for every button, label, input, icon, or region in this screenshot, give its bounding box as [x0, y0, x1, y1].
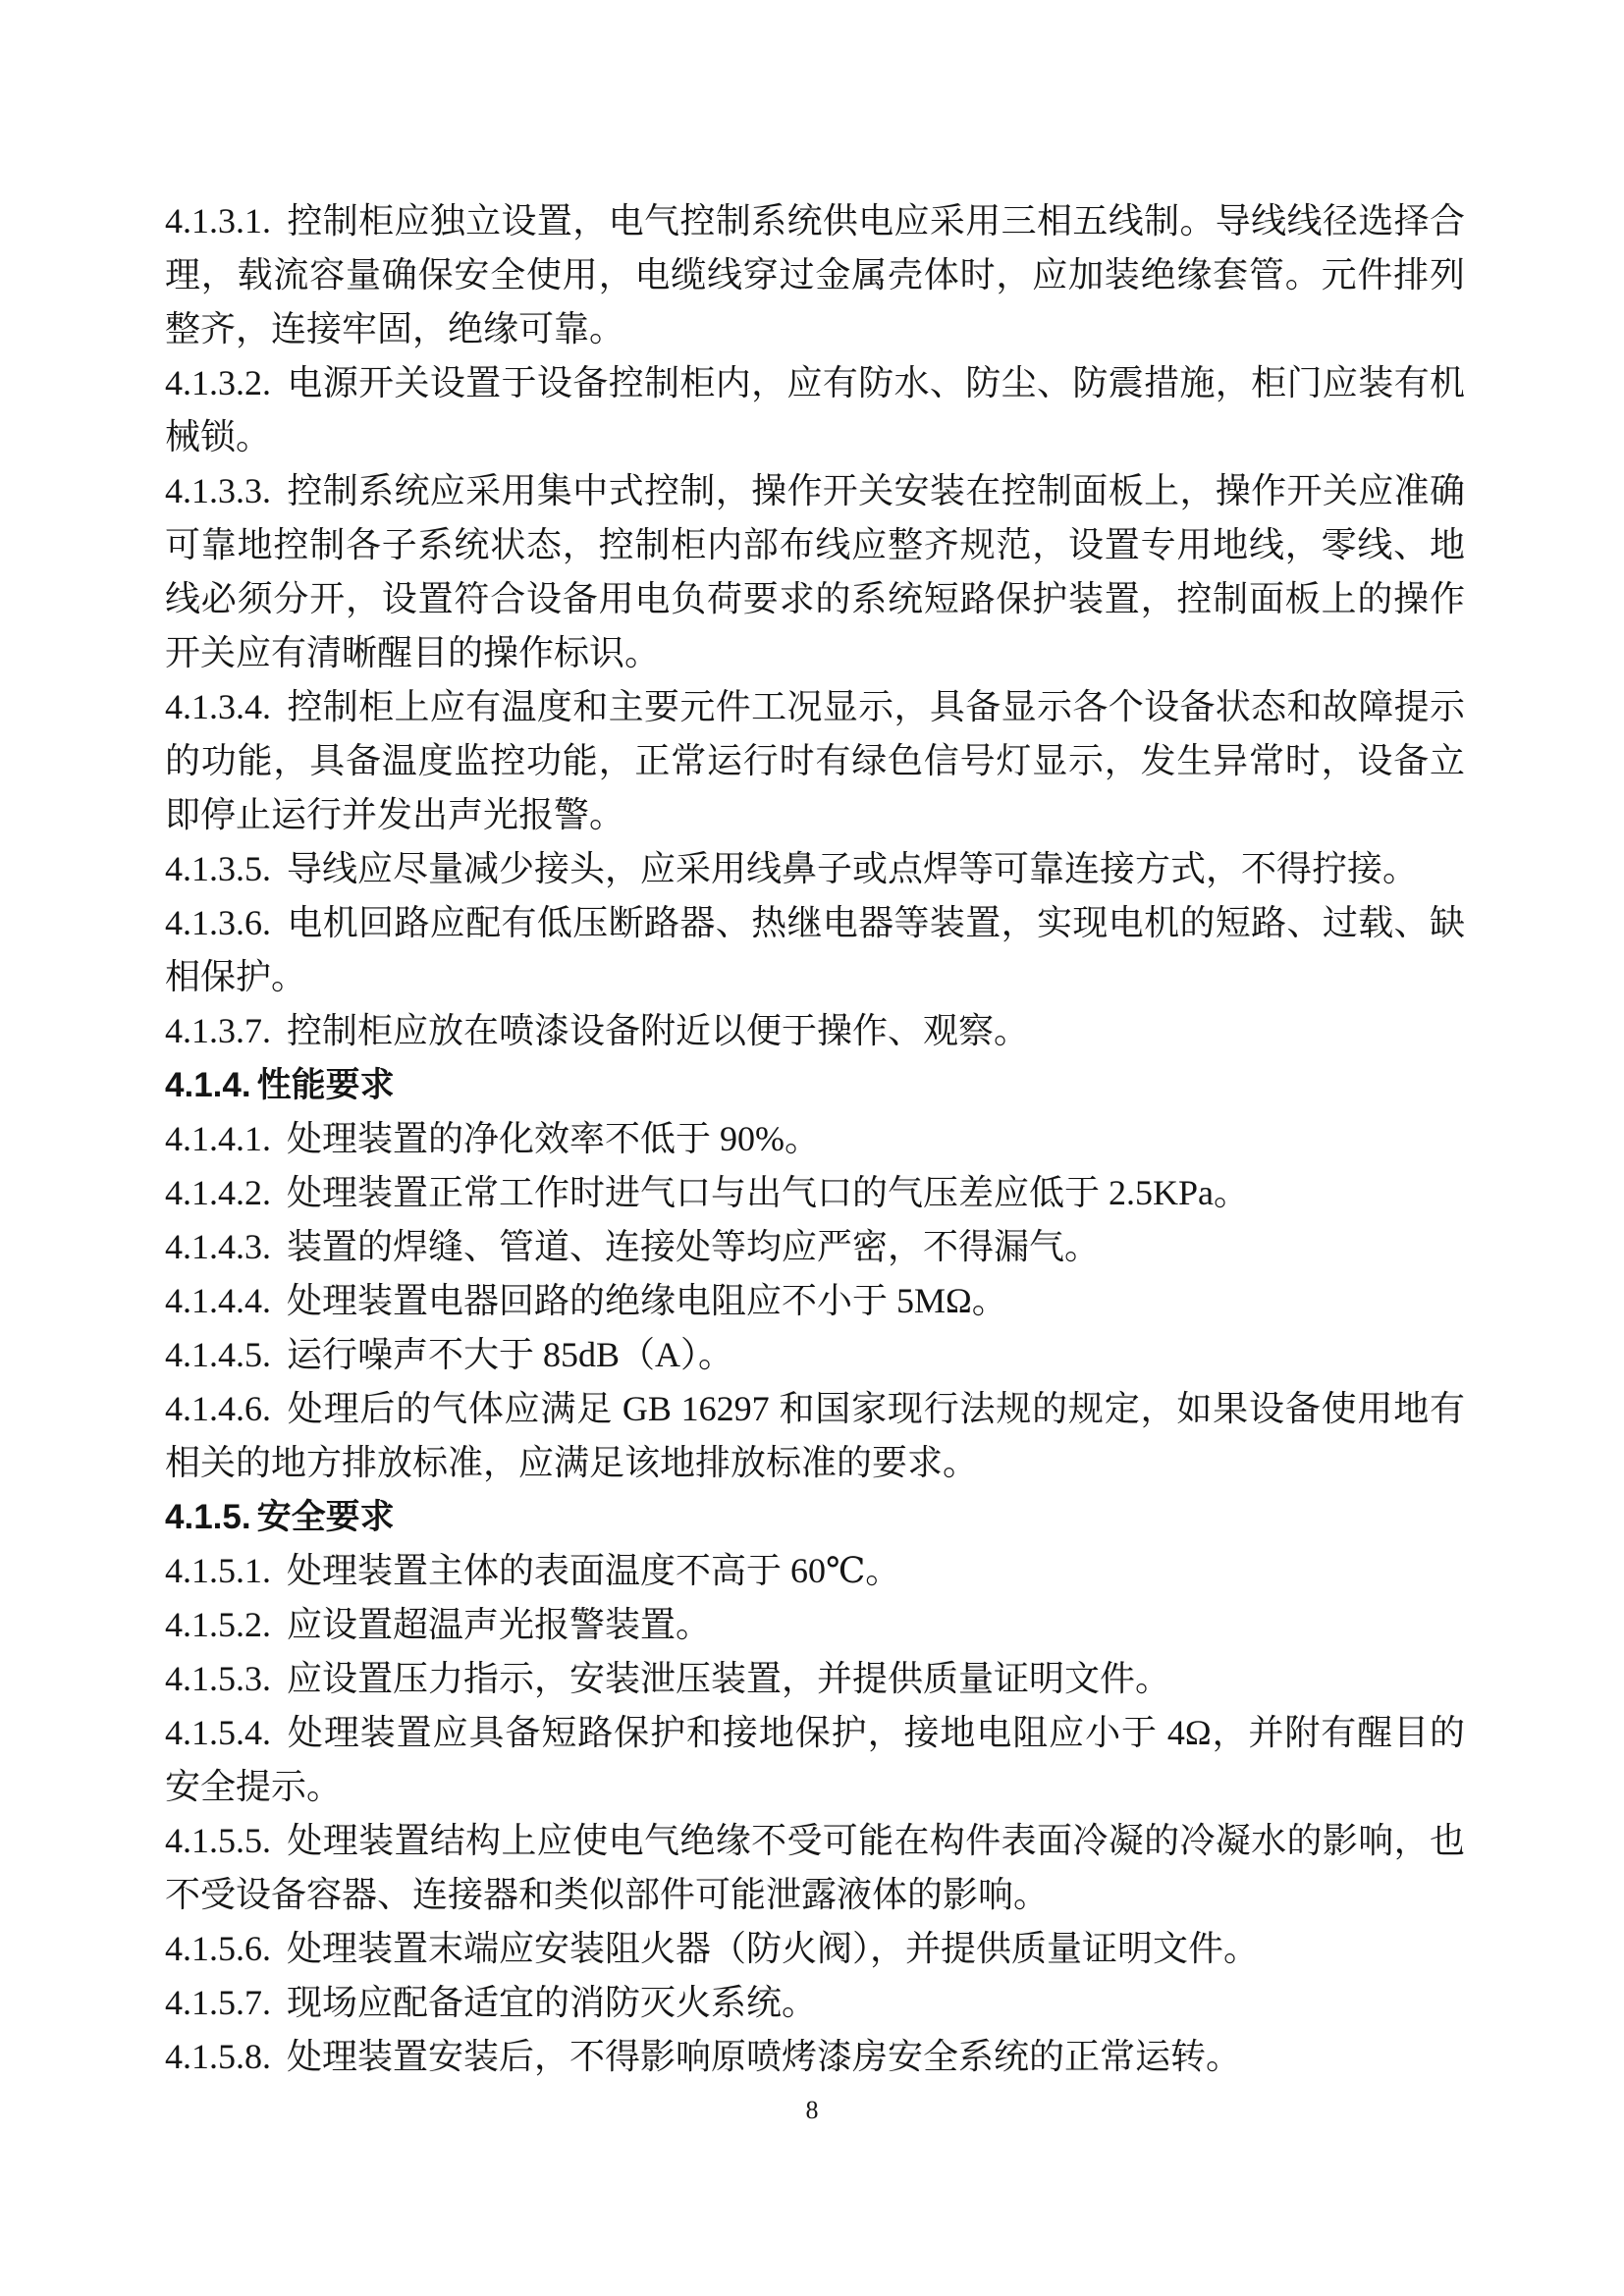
- clause-paragraph: 4.1.3.4.控制柜上应有温度和主要元件工况显示，具备显示各个设备状态和故障提…: [165, 680, 1465, 842]
- page-number: 8: [0, 2083, 1624, 2137]
- clause-paragraph: 4.1.3.1.控制柜应独立设置，电气控制系统供电应采用三相五线制。导线线径选择…: [165, 194, 1465, 356]
- clause-paragraph: 4.1.4.3.装置的焊缝、管道、连接处等均应严密，不得漏气。: [165, 1220, 1465, 1274]
- section-heading: 4.1.4.性能要求: [165, 1058, 1465, 1112]
- clause-paragraph: 4.1.5.4.处理装置应具备短路保护和接地保护，接地电阻应小于 4Ω，并附有醒…: [165, 1706, 1465, 1814]
- clause-number: 4.1.4.5.: [165, 1335, 271, 1374]
- clause-number: 4.1.3.5.: [165, 849, 271, 888]
- clause-number: 4.1.3.7.: [165, 1011, 271, 1050]
- clause-number: 4.1.5.7.: [165, 1983, 271, 2022]
- clause-text: 控制系统应采用集中式控制，操作开关安装在控制面板上，操作开关应准确可靠地控制各子…: [165, 471, 1465, 672]
- document-content: 4.1.3.1.控制柜应独立设置，电气控制系统供电应采用三相五线制。导线线径选择…: [165, 194, 1465, 2084]
- clause-text: 装置的焊缝、管道、连接处等均应严密，不得漏气。: [287, 1227, 1100, 1266]
- clause-number: 4.1.5.6.: [165, 1929, 271, 1968]
- clause-paragraph: 4.1.3.3.控制系统应采用集中式控制，操作开关安装在控制面板上，操作开关应准…: [165, 464, 1465, 680]
- clause-paragraph: 4.1.5.1.处理装置主体的表面温度不高于 60℃。: [165, 1544, 1465, 1598]
- clause-number: 4.1.4.: [165, 1066, 251, 1104]
- clause-text: 处理装置正常工作时进气口与出气口的气压差应低于 2.5KPa。: [287, 1173, 1249, 1212]
- clause-text: 处理装置的净化效率不低于 90%。: [287, 1119, 820, 1158]
- clause-paragraph: 4.1.5.8.处理装置安装后，不得影响原喷烤漆房安全系统的正常运转。: [165, 2030, 1465, 2084]
- clause-number: 4.1.5.3.: [165, 1659, 271, 1698]
- clause-text: 性能要求: [257, 1066, 395, 1104]
- clause-paragraph: 4.1.5.7.现场应配备适宜的消防灭火系统。: [165, 1976, 1465, 2030]
- clause-paragraph: 4.1.3.6.电机回路应配有低压断路器、热继电器等装置，实现电机的短路、过载、…: [165, 896, 1465, 1004]
- document-page: 4.1.3.1.控制柜应独立设置，电气控制系统供电应采用三相五线制。导线线径选择…: [0, 0, 1624, 2296]
- clause-number: 4.1.5.2.: [165, 1605, 271, 1644]
- clause-paragraph: 4.1.5.6.处理装置末端应安装阻火器（防火阀），并提供质量证明文件。: [165, 1922, 1465, 1976]
- section-heading: 4.1.5.安全要求: [165, 1490, 1465, 1544]
- clause-text: 电源开关设置于设备控制柜内，应有防水、防尘、防震措施，柜门应装有机械锁。: [165, 363, 1465, 456]
- clause-number: 4.1.5.4.: [165, 1713, 271, 1752]
- clause-number: 4.1.3.1.: [165, 201, 271, 240]
- clause-text: 处理装置安装后，不得影响原喷烤漆房安全系统的正常运转。: [287, 2037, 1241, 2076]
- clause-text: 导线应尽量减少接头，应采用线鼻子或点焊等可靠连接方式，不得拧接。: [287, 849, 1418, 888]
- clause-paragraph: 4.1.5.5.处理装置结构上应使电气绝缘不受可能在构件表面冷凝的冷凝水的影响，…: [165, 1814, 1465, 1922]
- clause-number: 4.1.5.: [165, 1498, 251, 1536]
- clause-number: 4.1.3.3.: [165, 471, 271, 510]
- clause-number: 4.1.5.8.: [165, 2037, 271, 2076]
- clause-text: 处理装置结构上应使电气绝缘不受可能在构件表面冷凝的冷凝水的影响，也不受设备容器、…: [165, 1821, 1465, 1914]
- clause-text: 处理后的气体应满足 GB 16297 和国家现行法规的规定，如果设备使用地有相关…: [165, 1389, 1465, 1482]
- clause-number: 4.1.5.1.: [165, 1551, 271, 1590]
- clause-text: 应设置超温声光报警装置。: [287, 1605, 711, 1644]
- clause-paragraph: 4.1.3.2.电源开关设置于设备控制柜内，应有防水、防尘、防震措施，柜门应装有…: [165, 356, 1465, 464]
- clause-text: 控制柜应放在喷漆设备附近以便于操作、观察。: [287, 1011, 1029, 1050]
- clause-paragraph: 4.1.4.1.处理装置的净化效率不低于 90%。: [165, 1112, 1465, 1166]
- clause-number: 4.1.4.1.: [165, 1119, 271, 1158]
- clause-number: 4.1.4.2.: [165, 1173, 271, 1212]
- clause-paragraph: 4.1.3.5.导线应尽量减少接头，应采用线鼻子或点焊等可靠连接方式，不得拧接。: [165, 842, 1465, 896]
- clause-number: 4.1.5.5.: [165, 1821, 271, 1860]
- clause-text: 处理装置末端应安装阻火器（防火阀），并提供质量证明文件。: [287, 1929, 1259, 1968]
- clause-text: 处理装置电器回路的绝缘电阻应不小于 5MΩ。: [287, 1281, 1007, 1320]
- clause-number: 4.1.4.3.: [165, 1227, 271, 1266]
- clause-text: 控制柜应独立设置，电气控制系统供电应采用三相五线制。导线线径选择合理，载流容量确…: [165, 201, 1465, 348]
- clause-text: 现场应配备适宜的消防灭火系统。: [287, 1983, 817, 2022]
- clause-number: 4.1.3.6.: [165, 903, 271, 942]
- clause-number: 4.1.4.4.: [165, 1281, 271, 1320]
- clause-text: 应设置压力指示，安装泄压装置，并提供质量证明文件。: [287, 1659, 1170, 1698]
- clause-text: 处理装置应具备短路保护和接地保护，接地电阻应小于 4Ω，并附有醒目的安全提示。: [165, 1713, 1465, 1806]
- clause-paragraph: 4.1.5.2.应设置超温声光报警装置。: [165, 1598, 1465, 1652]
- clause-text: 处理装置主体的表面温度不高于 60℃。: [287, 1551, 900, 1590]
- clause-paragraph: 4.1.4.4.处理装置电器回路的绝缘电阻应不小于 5MΩ。: [165, 1274, 1465, 1328]
- clause-paragraph: 4.1.4.2.处理装置正常工作时进气口与出气口的气压差应低于 2.5KPa。: [165, 1166, 1465, 1220]
- clause-paragraph: 4.1.3.7.控制柜应放在喷漆设备附近以便于操作、观察。: [165, 1004, 1465, 1058]
- clause-text: 电机回路应配有低压断路器、热继电器等装置，实现电机的短路、过载、缺相保护。: [165, 903, 1465, 996]
- clause-number: 4.1.3.4.: [165, 687, 271, 726]
- clause-paragraph: 4.1.5.3.应设置压力指示，安装泄压装置，并提供质量证明文件。: [165, 1652, 1465, 1706]
- clause-paragraph: 4.1.4.6.处理后的气体应满足 GB 16297 和国家现行法规的规定，如果…: [165, 1382, 1465, 1490]
- clause-number: 4.1.3.2.: [165, 363, 271, 402]
- clause-text: 安全要求: [257, 1498, 395, 1536]
- clause-paragraph: 4.1.4.5.运行噪声不大于 85dB（A）。: [165, 1328, 1465, 1382]
- clause-text: 运行噪声不大于 85dB（A）。: [287, 1335, 733, 1374]
- clause-number: 4.1.4.6.: [165, 1389, 271, 1428]
- clause-text: 控制柜上应有温度和主要元件工况显示，具备显示各个设备状态和故障提示的功能，具备温…: [165, 687, 1465, 834]
